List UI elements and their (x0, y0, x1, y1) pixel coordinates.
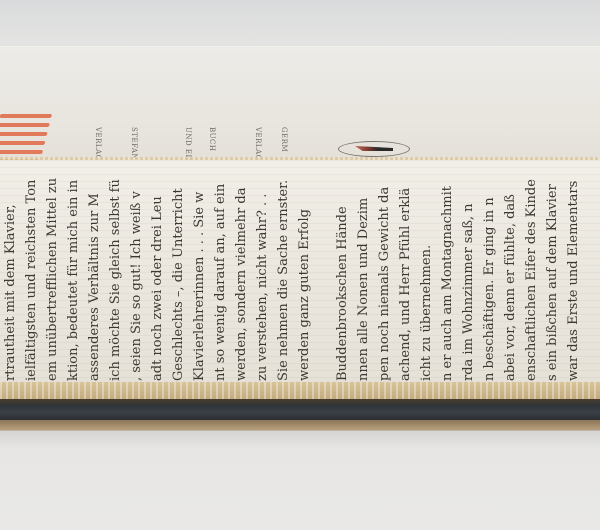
text-line: war das Erste und Elementars (567, 166, 580, 381)
text-line: assenderes Verhältnis zur M (88, 166, 101, 381)
text-line: icht zu übernehmen. (420, 166, 433, 381)
publisher-emblem-icon (338, 141, 410, 157)
back-cover-board (0, 399, 600, 421)
page-block: rtrautheit mit dem Klavier, ielfältigste… (0, 160, 600, 385)
text-line: nt so wenig darauf an, auf ein (214, 166, 227, 381)
text-line: n er auch am Montagnachmit (441, 166, 454, 381)
text-line: s ein bißchen auf dem Klavier (546, 166, 559, 381)
text-line: pen noch niemals Gewicht da (378, 166, 391, 381)
table-shadow (0, 430, 600, 450)
text-line: achend, und Herr Pfühl erklä (399, 166, 412, 381)
text-line: rda im Wohnzimmer saß, n (462, 166, 475, 381)
book-cover: VERLAG BEI STEFAN ZWEIG DER UND EINEM BU… (0, 46, 600, 165)
text-line: werden ganz guten Erfolg (298, 166, 311, 381)
text-line: Buddenbrookschen Hände (336, 166, 349, 381)
text-line: Klavierlehrerinnen . . . Sie w (193, 166, 206, 381)
text-line: ktion, bedeutet für mich ein in (67, 166, 80, 381)
text-line: n beschäftigen. Er ging in n (483, 166, 496, 381)
text-line: werden, sondern vielmehr da (235, 166, 248, 381)
text-line: rtrautheit mit dem Klavier, (4, 166, 17, 381)
text-line: em unübertrefflichen Mittel zu (46, 166, 59, 381)
text-line: nnen alle Nonen und Dezim (357, 166, 370, 381)
text-line: enschaftlichen Eifer des Kinde (525, 166, 538, 381)
binding-tape (0, 382, 600, 400)
text-line: adt noch zwei oder drei Leu (151, 166, 164, 381)
text-line: abei vor, denn er fühlte, daß (504, 166, 517, 381)
text-line: Sie nehmen die Sache ernster. (277, 166, 290, 381)
text-line: , seien Sie so gut! Ich weiß v (130, 166, 143, 381)
text-line: zu verstehen, nicht wahr? . . (256, 166, 269, 381)
text-line: Geschlechts –, die Unterricht (172, 166, 185, 381)
book-photo: VERLAG BEI STEFAN ZWEIG DER UND EINEM BU… (0, 0, 600, 530)
text-line: ielfältigsten und reichsten Ton (25, 166, 38, 381)
text-line: ich möchte Sie gleich selbst fü (109, 166, 122, 381)
